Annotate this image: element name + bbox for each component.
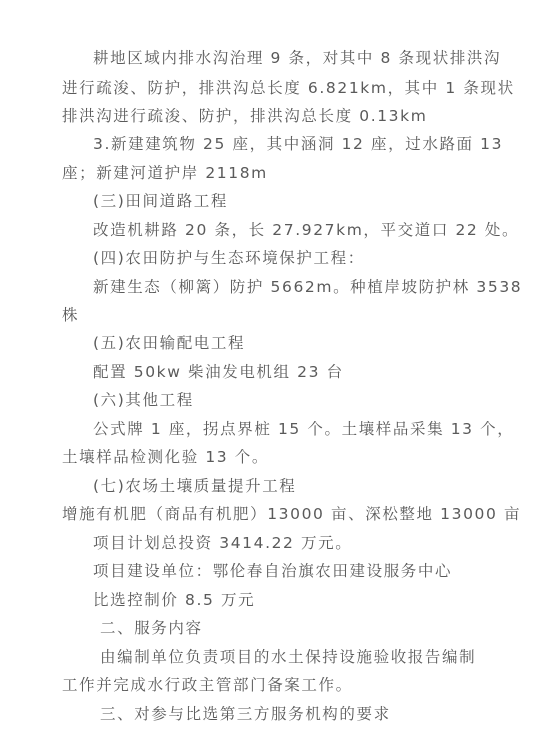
paragraph-other-line-2: 土壤样品检测化验 13 个。: [62, 447, 472, 467]
paragraph-service-line-1: 由编制单位负责项目的水土保持设施验收报告编制: [100, 647, 510, 667]
paragraph-investment: 项目计划总投资 3414.22 万元。: [93, 533, 503, 553]
paragraph-soil: 增施有机肥（商品有机肥）13000 亩、深松整地 13000 亩: [62, 504, 472, 524]
paragraph-drainage-line-3: 排洪沟进行疏浚、防护，排洪沟总长度 0.13km: [62, 106, 472, 126]
section-heading-power: (五)农田输配电工程: [93, 333, 503, 353]
document-page: 耕地区域内排水沟治理 9 条，对其中 8 条现状排洪沟 进行疏浚、防护，排洪沟总…: [0, 0, 534, 752]
paragraph-protection-line-2: 株: [62, 305, 472, 325]
paragraph-other-line-1: 公式牌 1 座，拐点界桩 15 个。土壤样品采集 13 个，: [93, 419, 503, 439]
section-heading-soil: (七)农场土壤质量提升工程: [93, 476, 503, 496]
section-heading-requirements: 三、对参与比选第三方服务机构的要求: [100, 704, 510, 724]
section-heading-service-content: 二、服务内容: [100, 618, 510, 638]
section-heading-roads: (三)田间道路工程: [93, 191, 503, 211]
paragraph-drainage-line-1: 耕地区域内排水沟治理 9 条，对其中 8 条现状排洪沟: [93, 48, 503, 68]
paragraph-service-line-2: 工作并完成水行政主管部门备案工作。: [62, 675, 472, 695]
paragraph-construction-unit: 项目建设单位：鄂伦春自治旗农田建设服务中心: [93, 561, 503, 581]
paragraph-structures-line-1: 3.新建建筑物 25 座，其中涵洞 12 座，过水路面 13: [93, 134, 503, 154]
paragraph-protection-line-1: 新建生态（柳篱）防护 5662m。种植岸坡防护林 3538: [93, 277, 503, 297]
paragraph-power: 配置 50kw 柴油发电机组 23 台: [93, 362, 503, 382]
paragraph-roads: 改造机耕路 20 条，长 27.927km，平交道口 22 处。: [93, 220, 503, 240]
paragraph-control-price: 比选控制价 8.5 万元: [93, 590, 503, 610]
paragraph-drainage-line-2: 进行疏浚、防护，排洪沟总长度 6.821km，其中 1 条现状: [62, 78, 472, 98]
section-heading-protection: (四)农田防护与生态环境保护工程：: [93, 248, 503, 268]
section-heading-other: (六)其他工程: [93, 390, 503, 410]
paragraph-structures-line-2: 座；新建河道护岸 2118m: [62, 163, 472, 183]
